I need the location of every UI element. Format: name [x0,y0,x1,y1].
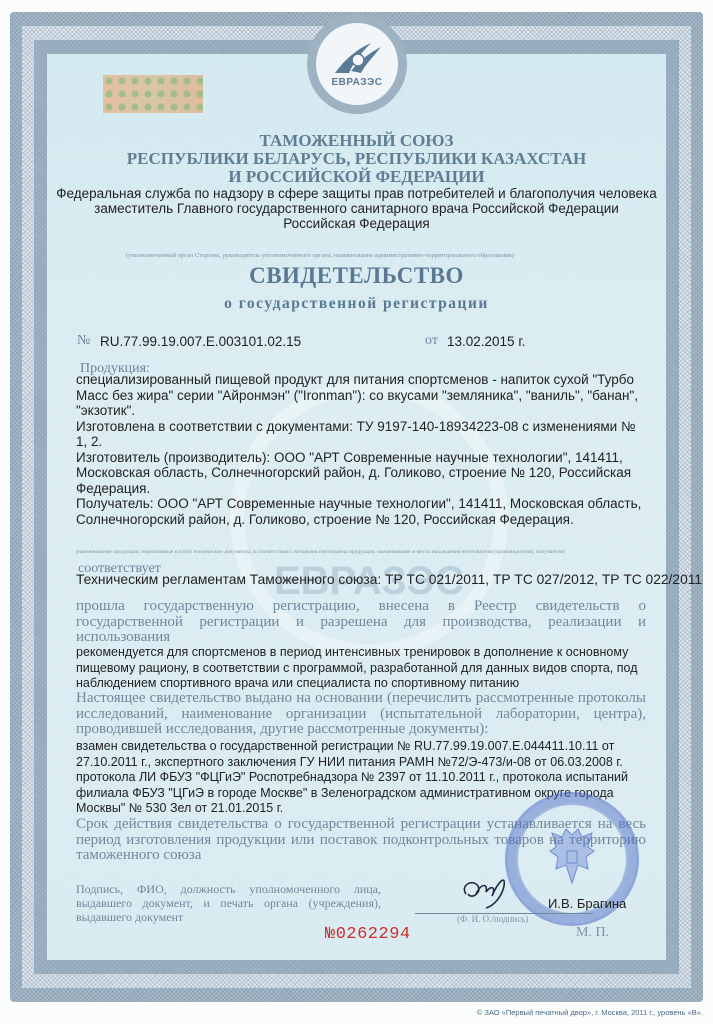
product-documents: Изготовлена в соответствии с документами… [76,419,646,450]
product-caption: (наименование продукции, нормативные и (… [76,549,565,555]
certificate-number: RU.77.99.19.007.E.003101.02.15 [100,334,301,349]
double-headed-eagle-icon [546,827,598,887]
form-serial-number: №0262294 [325,925,411,944]
union-title-line-1: ТАМОЖЕННЫЙ СОЮЗ [0,131,713,150]
certificate-date: 13.02.2015 г. [447,334,525,349]
signature-scribble-icon [458,872,518,912]
union-title-line-2: РЕСПУБЛИКИ БЕЛАРУСЬ, РЕСПУБЛИКИ КАЗАХСТА… [0,149,713,168]
signature-line-caption: (Ф. И. О./подпись) [457,914,528,924]
seal-label: М. П. [576,925,609,941]
authority-caption: (уполномоченный орган Стороны, руководит… [126,252,514,259]
number-label: № [77,333,90,349]
basis-statement: Настоящее свидетельство выдано на основа… [76,691,646,738]
authority-line-2: заместитель Главного государственного са… [0,201,713,217]
product-recipient: Получатель: ООО "АРТ Современные научные… [76,496,646,527]
signature-caption: Подпись, ФИО, должность уполномоченного … [76,882,381,924]
registration-statement: прошла государственную регистрацию, внес… [76,599,646,646]
authority-line-3: Российская Федерация [0,216,713,232]
signatory-name: И.В. Брагина [548,896,626,911]
date-label: от [425,333,438,349]
certificate-title: СВИДЕТЕЛЬСТВО [0,263,713,289]
conformity-text: Техническим регламентам Таможенного союз… [76,572,702,587]
product-manufacturer: Изготовитель (производитель): ООО "АРТ С… [76,450,646,497]
product-description: специализированный пищевой продукт для п… [76,372,646,419]
product-section: специализированный пищевой продукт для п… [76,372,646,527]
authority-line-1: Федеральная служба по надзору в сфере за… [0,186,713,202]
union-title-line-3: И РОССИЙСКОЙ ФЕДЕРАЦИИ [0,167,713,186]
certificate-subtitle: о государственной регистрации [0,295,713,313]
printer-footer: © ЗАО «Первый печатный двор», г. Москва,… [477,1008,703,1017]
usage-text: рекомендуется для спортсменов в период и… [76,645,646,692]
